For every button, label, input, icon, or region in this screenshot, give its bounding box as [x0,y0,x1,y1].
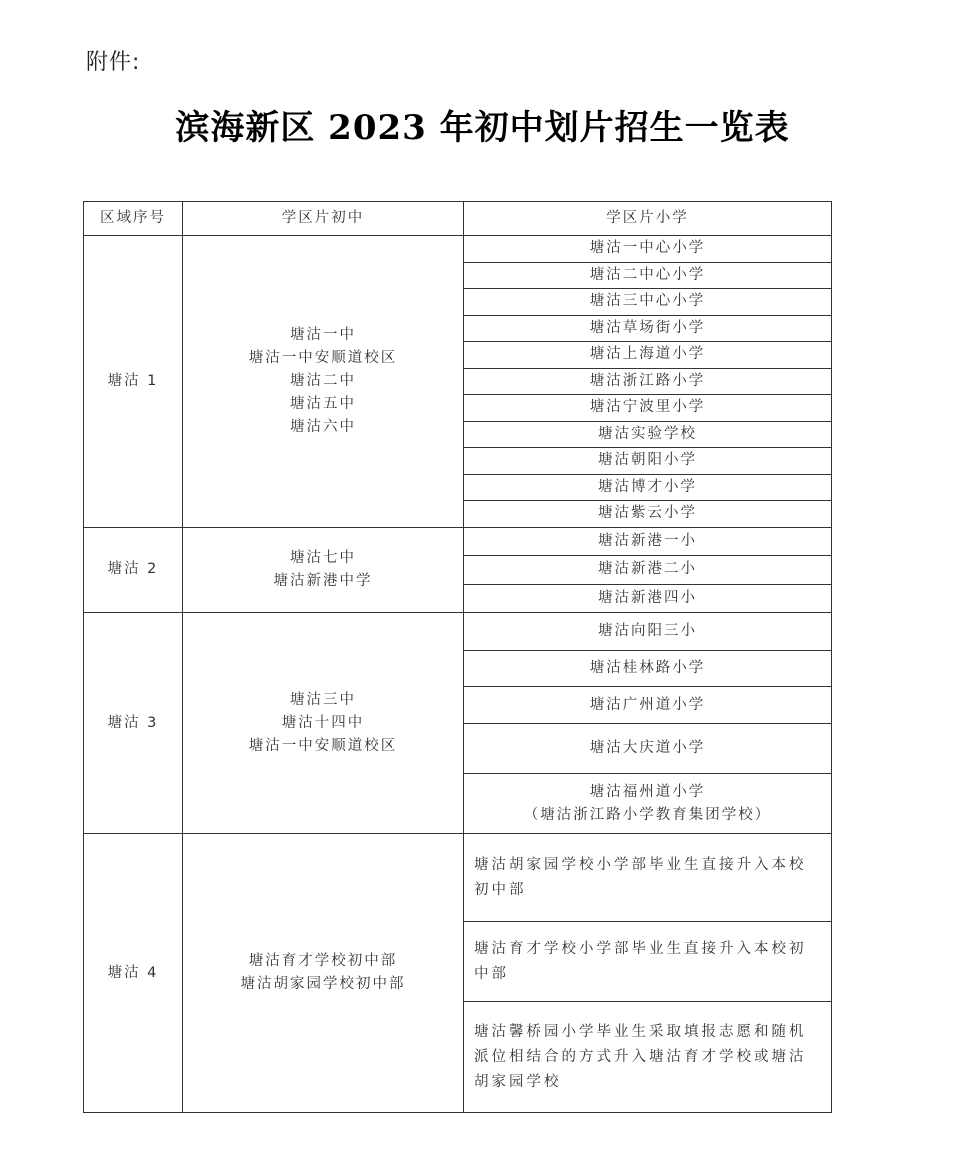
middle-schools-cell: 塘沽一中 塘沽一中安顺道校区 塘沽二中 塘沽五中 塘沽六中 [183,236,464,528]
primary-school: 塘沽桂林路小学 [464,651,832,687]
table-row: 塘沽 3 塘沽三中 塘沽十四中 塘沽一中安顺道校区 塘沽向阳三小 [84,613,832,651]
middle-school: 塘沽一中安顺道校区 [183,735,463,758]
column-header-primary-schools: 学区片小学 [464,202,832,236]
region-cell: 塘沽 1 [84,236,183,528]
table-row: 塘沽 4 塘沽育才学校初中部 塘沽胡家园学校初中部 塘沽胡家园学校小学部毕业生直… [84,834,832,922]
primary-school: 塘沽新港二小 [464,556,832,585]
table-row: 塘沽 2 塘沽七中 塘沽新港中学 塘沽新港一小 [84,527,832,556]
table-row: 塘沽 1 塘沽一中 塘沽一中安顺道校区 塘沽二中 塘沽五中 塘沽六中 塘沽一中心… [84,236,832,263]
primary-school: 塘沽大庆道小学 [464,724,832,774]
middle-school: 塘沽育才学校初中部 [183,950,463,973]
page-title: 滨海新区 2023 年初中划片招生一览表 [0,100,965,149]
middle-school: 塘沽三中 [183,689,463,712]
column-header-middle-schools: 学区片初中 [183,202,464,236]
middle-schools-cell: 塘沽育才学校初中部 塘沽胡家园学校初中部 [183,834,464,1113]
region-cell: 塘沽 2 [84,527,183,613]
attachment-label: 附件: [86,45,140,76]
primary-school-rule: 塘沽胡家园学校小学部毕业生直接升入本校初中部 [464,834,832,922]
primary-school: 塘沽宁波里小学 [464,395,832,422]
region-cell: 塘沽 4 [84,834,183,1113]
enrollment-table: 区域序号 学区片初中 学区片小学 塘沽 1 塘沽一中 塘沽一中安顺道校区 塘沽二… [83,201,832,1113]
primary-school: 塘沽一中心小学 [464,236,832,263]
middle-school: 塘沽五中 [183,393,463,416]
table-header-row: 区域序号 学区片初中 学区片小学 [84,202,832,236]
primary-school-name: 塘沽福州道小学 [464,781,831,804]
primary-school: 塘沽草场街小学 [464,315,832,342]
primary-school: 塘沽博才小学 [464,474,832,501]
middle-school: 塘沽一中 [183,324,463,347]
primary-school: 塘沽广州道小学 [464,687,832,724]
middle-school: 塘沽一中安顺道校区 [183,347,463,370]
middle-school: 塘沽胡家园学校初中部 [183,973,463,996]
primary-school: 塘沽紫云小学 [464,501,832,528]
middle-schools-cell: 塘沽七中 塘沽新港中学 [183,527,464,613]
primary-school: 塘沽福州道小学 （塘沽浙江路小学教育集团学校） [464,774,832,834]
primary-school: 塘沽向阳三小 [464,613,832,651]
column-header-region: 区域序号 [84,202,183,236]
region-cell: 塘沽 3 [84,613,183,834]
primary-school-rule: 塘沽馨桥园小学毕业生采取填报志愿和随机派位相结合的方式升入塘沽育才学校或塘沽胡家… [464,1002,832,1113]
middle-school: 塘沽六中 [183,416,463,439]
primary-school-rule: 塘沽育才学校小学部毕业生直接升入本校初中部 [464,922,832,1002]
primary-school: 塘沽上海道小学 [464,342,832,369]
primary-school: 塘沽朝阳小学 [464,448,832,475]
middle-schools-cell: 塘沽三中 塘沽十四中 塘沽一中安顺道校区 [183,613,464,834]
middle-school: 塘沽七中 [183,547,463,570]
primary-school: 塘沽新港四小 [464,584,832,613]
middle-school: 塘沽二中 [183,370,463,393]
primary-school: 塘沽二中心小学 [464,262,832,289]
primary-school: 塘沽实验学校 [464,421,832,448]
primary-school-note: （塘沽浙江路小学教育集团学校） [464,804,831,827]
primary-school: 塘沽浙江路小学 [464,368,832,395]
middle-school: 塘沽十四中 [183,712,463,735]
primary-school: 塘沽新港一小 [464,527,832,556]
middle-school: 塘沽新港中学 [183,570,463,593]
primary-school: 塘沽三中心小学 [464,289,832,316]
